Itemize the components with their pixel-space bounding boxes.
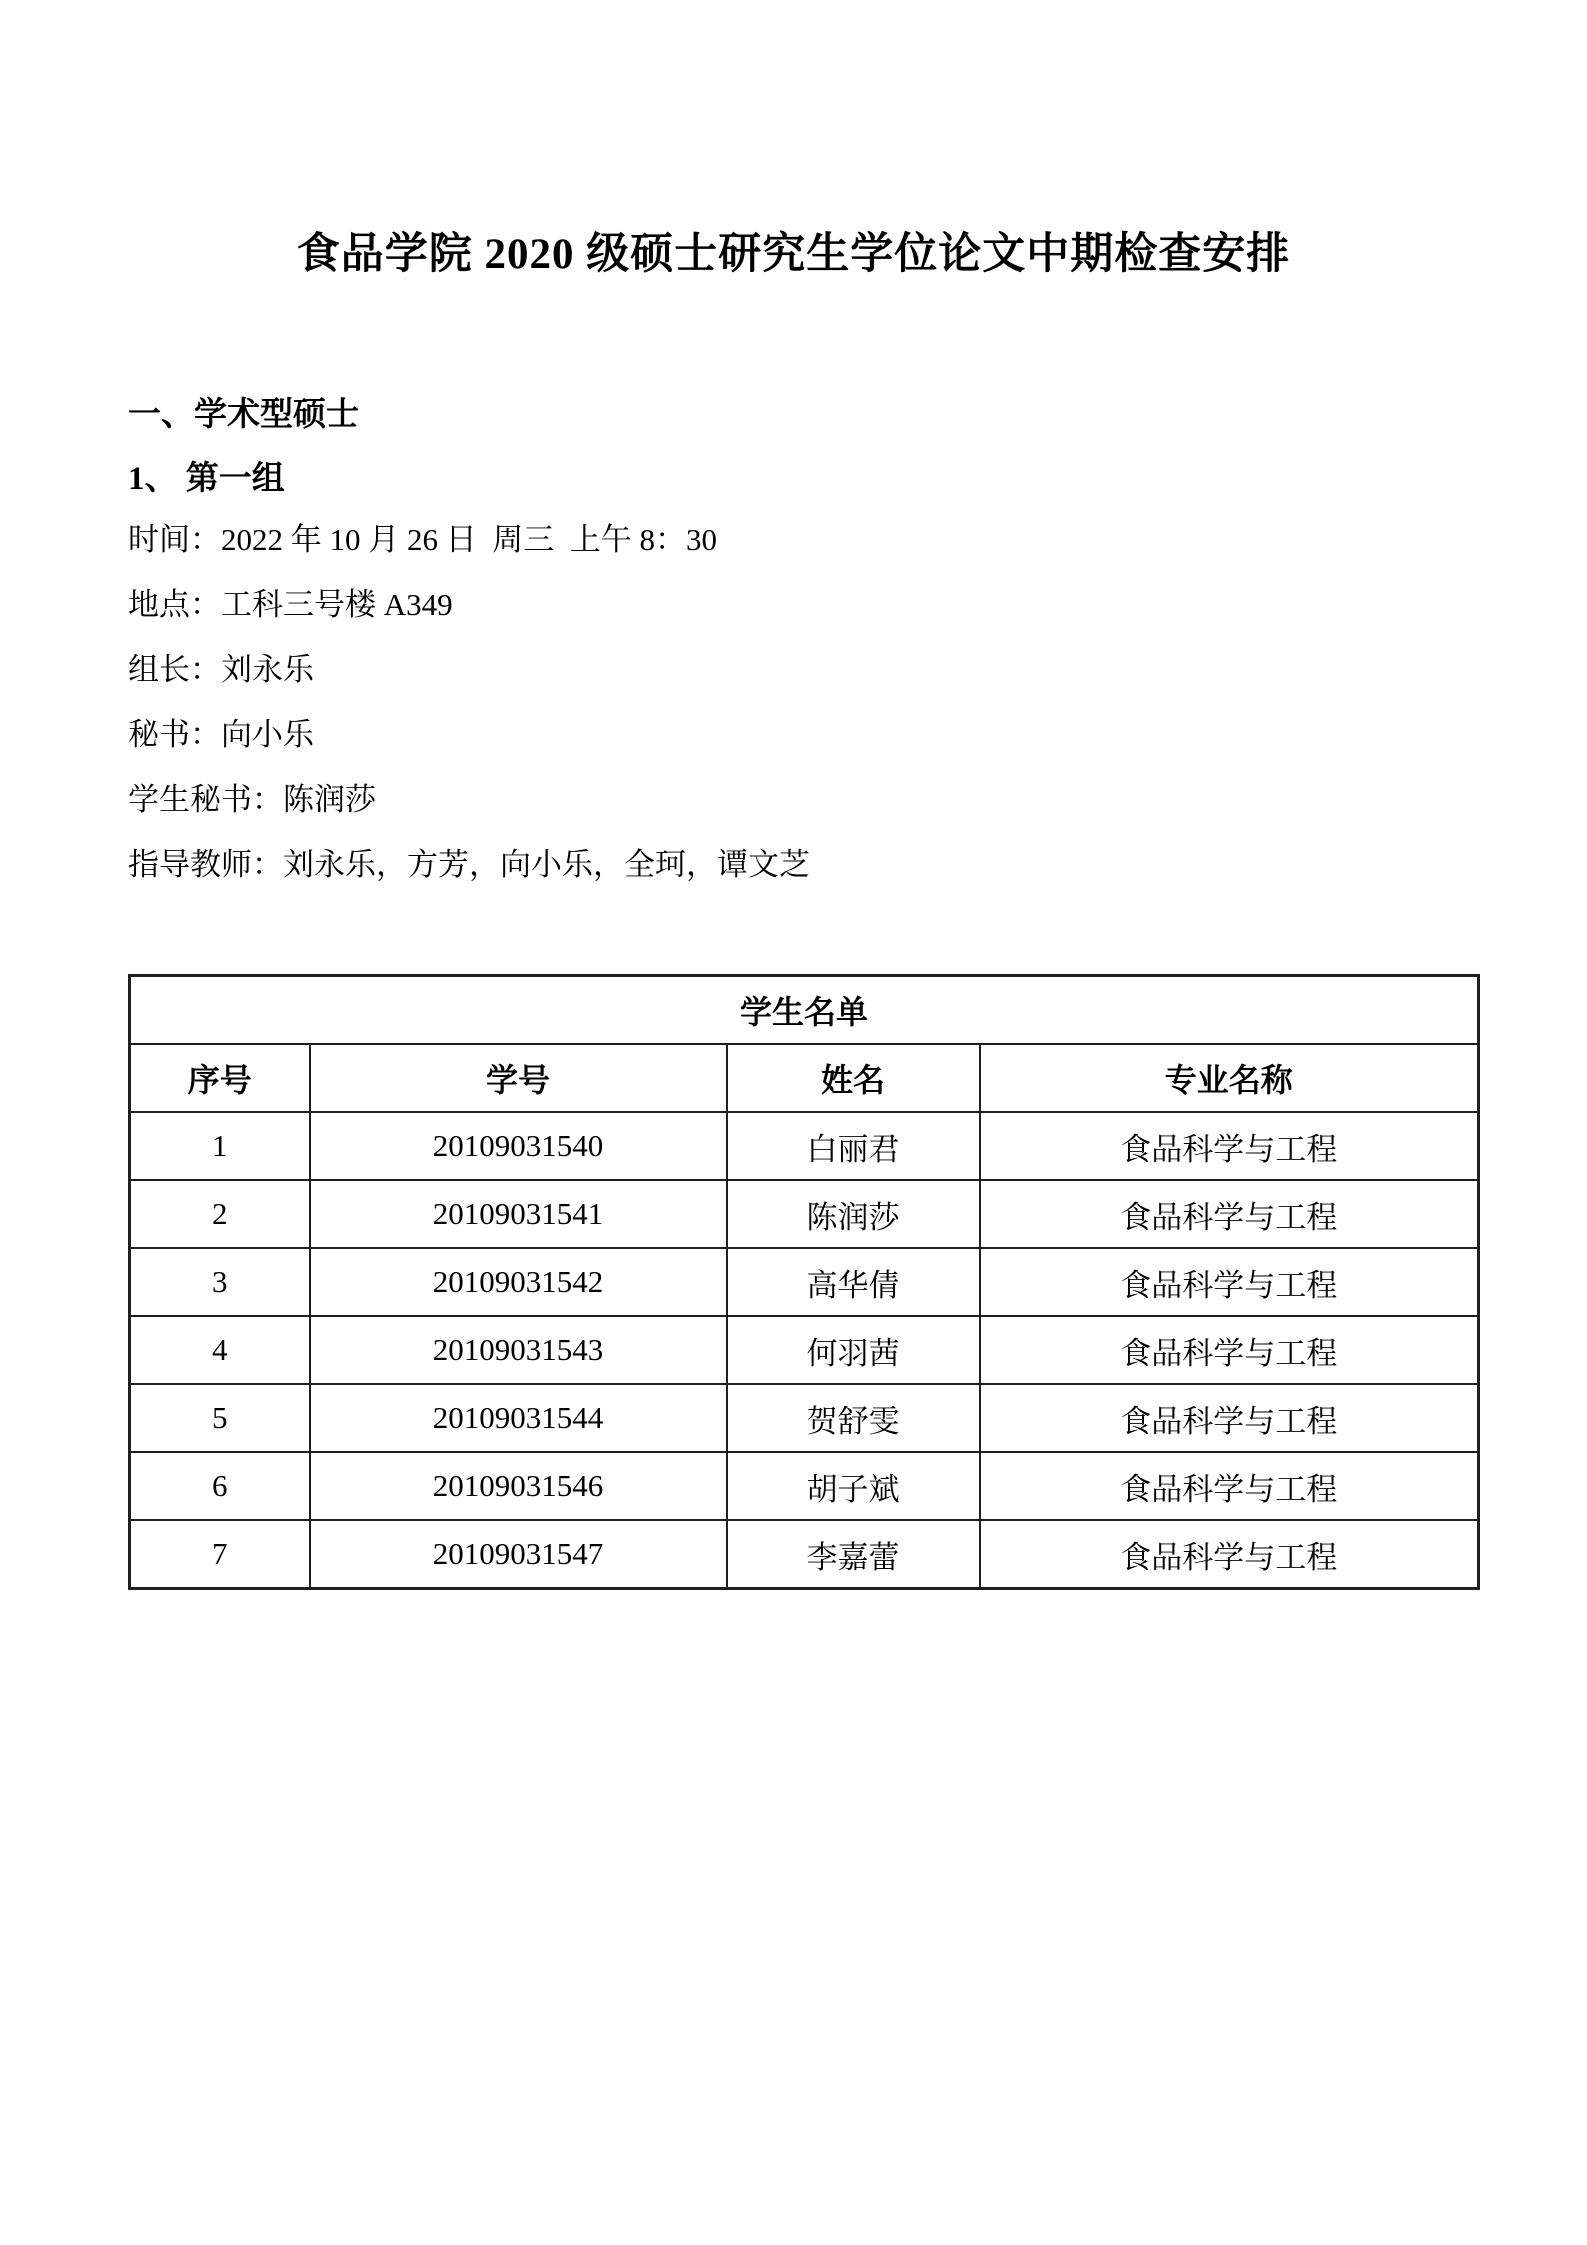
table-row: 420109031543何羽茜食品科学与工程 xyxy=(130,1316,1479,1384)
table-cell: 20109031542 xyxy=(310,1248,727,1316)
table-cell: 7 xyxy=(130,1520,310,1589)
meeting-info-block: 时间：2022 年 10 月 26 日 周三 上午 8：30 地点：工科三号楼 … xyxy=(128,507,1459,897)
table-cell: 贺舒雯 xyxy=(727,1384,980,1452)
table-cell: 陈润莎 xyxy=(727,1180,980,1248)
table-header-row: 序号学号姓名专业名称 xyxy=(130,1044,1479,1112)
table-cell: 食品科学与工程 xyxy=(980,1384,1479,1452)
table-cell: 4 xyxy=(130,1316,310,1384)
table-cell: 2 xyxy=(130,1180,310,1248)
table-cell: 食品科学与工程 xyxy=(980,1452,1479,1520)
column-header: 序号 xyxy=(130,1044,310,1112)
table-cell: 20109031544 xyxy=(310,1384,727,1452)
info-advisors: 指导教师：刘永乐，方芳，向小乐，全珂，谭文芝 xyxy=(128,832,1459,897)
group-heading-first-group: 1、 第一组 xyxy=(128,456,1459,502)
info-time: 时间：2022 年 10 月 26 日 周三 上午 8：30 xyxy=(128,507,1459,572)
info-group-leader: 组长：刘永乐 xyxy=(128,637,1459,702)
table-row: 620109031546胡子斌食品科学与工程 xyxy=(130,1452,1479,1520)
table-cell: 食品科学与工程 xyxy=(980,1112,1479,1180)
table-cell: 20109031543 xyxy=(310,1316,727,1384)
student-roster-table: 学生名单 序号学号姓名专业名称 120109031540白丽君食品科学与工程22… xyxy=(128,974,1480,1590)
table-cell: 食品科学与工程 xyxy=(980,1316,1479,1384)
column-header: 专业名称 xyxy=(980,1044,1479,1112)
document-body: 一、学术型硕士 1、 第一组 时间：2022 年 10 月 26 日 周三 上午… xyxy=(0,392,1587,1590)
table-row: 120109031540白丽君食品科学与工程 xyxy=(130,1112,1479,1180)
document-page: 食品学院 2020 级硕士研究生学位论文中期检查安排 一、学术型硕士 1、 第一… xyxy=(0,0,1587,2245)
table-cell: 食品科学与工程 xyxy=(980,1248,1479,1316)
table-cell: 20109031541 xyxy=(310,1180,727,1248)
table-row: 220109031541陈润莎食品科学与工程 xyxy=(130,1180,1479,1248)
table-row: 720109031547李嘉蕾食品科学与工程 xyxy=(130,1520,1479,1589)
table-caption-row: 学生名单 xyxy=(130,976,1479,1045)
info-location: 地点：工科三号楼 A349 xyxy=(128,572,1459,637)
column-header: 学号 xyxy=(310,1044,727,1112)
table-cell: 20109031540 xyxy=(310,1112,727,1180)
table-cell: 高华倩 xyxy=(727,1248,980,1316)
table-cell: 20109031546 xyxy=(310,1452,727,1520)
table-cell: 胡子斌 xyxy=(727,1452,980,1520)
table-cell: 食品科学与工程 xyxy=(980,1180,1479,1248)
table-row: 320109031542高华倩食品科学与工程 xyxy=(130,1248,1479,1316)
table-cell: 6 xyxy=(130,1452,310,1520)
column-header: 姓名 xyxy=(727,1044,980,1112)
table-cell: 5 xyxy=(130,1384,310,1452)
table-cell: 食品科学与工程 xyxy=(980,1520,1479,1589)
table-cell: 李嘉蕾 xyxy=(727,1520,980,1589)
section-heading-academic-masters: 一、学术型硕士 xyxy=(128,392,1459,438)
table-cell: 20109031547 xyxy=(310,1520,727,1589)
document-title: 食品学院 2020 级硕士研究生学位论文中期检查安排 xyxy=(0,0,1587,288)
table-cell: 1 xyxy=(130,1112,310,1180)
table-cell: 何羽茜 xyxy=(727,1316,980,1384)
info-secretary: 秘书：向小乐 xyxy=(128,702,1459,767)
info-student-secretary: 学生秘书：陈润莎 xyxy=(128,767,1459,832)
table-row: 520109031544贺舒雯食品科学与工程 xyxy=(130,1384,1479,1452)
table-cell: 白丽君 xyxy=(727,1112,980,1180)
table-caption: 学生名单 xyxy=(130,976,1479,1045)
table-cell: 3 xyxy=(130,1248,310,1316)
